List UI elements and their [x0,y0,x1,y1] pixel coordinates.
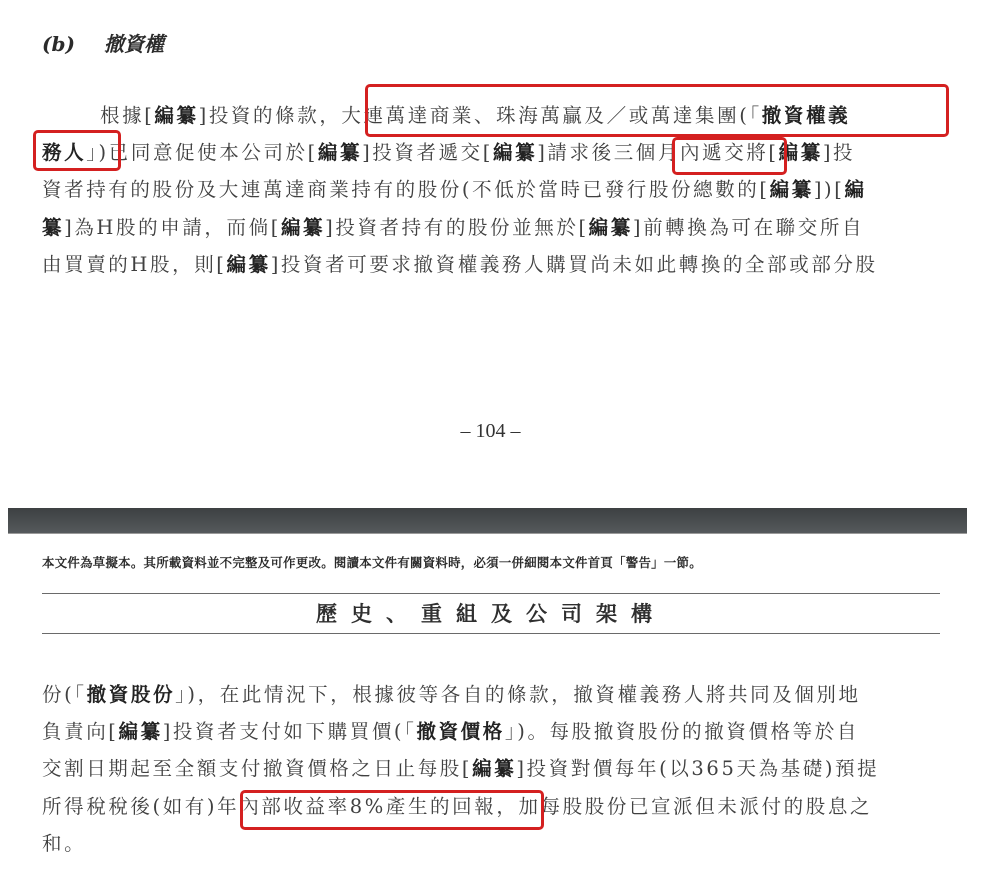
section-heading: (b)撤資權 [42,28,164,57]
paragraph-line: 負責向[編纂]投資者支付如下購買價(「撤資價格」)。每股撤資股份的撤資價格等於自 [42,713,942,750]
text-run: 和。 [42,832,86,855]
bold-term: 編纂 [154,104,198,127]
text-run: ]投資的條款，大連萬達商業、珠海萬贏及／或萬達集團(「 [199,104,762,127]
text-run: ]投資者遞交[ [362,141,493,164]
text-run: 交割日期起至全額支付撤資價格之日止每股[ [42,757,472,780]
bold-term: 編纂 [281,216,325,239]
bold-term: 纂 [42,216,64,239]
bold-term: 編 [844,178,866,201]
bold-term: 編纂 [472,757,516,780]
text-run: ]前轉換為可在聯交所自 [633,216,864,239]
text-run: ])[ [814,178,845,201]
text-run: 資者持有的股份及大連萬達商業持有的股份(不低於當時已發行股份總數的[ [42,178,770,201]
bold-term: 編纂 [779,141,823,164]
paragraph-line: 務人」)已同意促使本公司於[編纂]投資者遞交[編纂]請求後三個月內遞交將[編纂]… [42,134,942,171]
bold-term: 編纂 [770,178,814,201]
bold-term: 撤資價格 [416,720,504,743]
bold-term: 編纂 [493,141,537,164]
title-top-rule [42,593,940,594]
text-run: ]投資對價每年(以365天為基礎)預提 [516,757,879,780]
draft-disclaimer: 本文件為草擬本。其所載資料並不完整及可作更改。閱讀本文件有關資料時，必須一併細閱… [42,553,702,571]
page-number: – 104 – [0,420,981,443]
text-run: 」)已同意促使本公司於[ [86,141,318,164]
page-break-bar [8,508,967,534]
bold-term: 編纂 [119,720,163,743]
text-run: 份(「 [42,683,87,706]
bold-term: 撤資權義 [762,104,850,127]
text-run: 根據[ [100,104,154,127]
chapter-title: 歷史、重組及公司架構 [42,598,940,628]
paragraph-line: 和。 [42,825,942,862]
paragraph-line: 資者持有的股份及大連萬達商業持有的股份(不低於當時已發行股份總數的[編纂])[編 [42,171,942,208]
text-run: ]請求後三個月內遞交將[ [537,141,778,164]
paragraph-line: 份(「撤資股份」)，在此情況下，根據彼等各自的條款，撤資權義務人將共同及個別地 [42,676,942,713]
text-run: 所得稅稅後(如有)年內部收益率8%產生的回報，加每股股份已宣派但未派付的股息之 [42,795,872,818]
paragraph-divestment-right: 根據[編纂]投資的條款，大連萬達商業、珠海萬贏及／或萬達集團(「撤資權義 務人」… [42,97,942,283]
text-run: ]投資者持有的股份並無於[ [325,216,589,239]
bold-term: 務人 [42,141,86,164]
paragraph-line: 由買賣的H股，則[編纂]投資者可要求撤資權義務人購買尚未如此轉換的全部或部分股 [42,246,942,283]
bold-term: 撤資股份 [87,683,175,706]
text-run: 」)，在此情況下，根據彼等各自的條款，撤資權義務人將共同及個別地 [175,683,861,706]
bold-term: 編纂 [589,216,633,239]
text-run: ]為H股的申請，而倘[ [64,216,281,239]
paragraph-line: 根據[編纂]投資的條款，大連萬達商業、珠海萬贏及／或萬達集團(「撤資權義 [42,97,942,134]
paragraph-line: 交割日期起至全額支付撤資價格之日止每股[編纂]投資對價每年(以365天為基礎)預… [42,750,942,787]
paragraph-line: 纂]為H股的申請，而倘[編纂]投資者持有的股份並無於[編纂]前轉換為可在聯交所自 [42,209,942,246]
bold-term: 編纂 [318,141,362,164]
bold-term: 編纂 [227,253,271,276]
text-run: 負責向[ [42,720,119,743]
text-run: 由買賣的H股，則[ [42,253,227,276]
section-title: 撤資權 [104,32,164,56]
section-number: (b) [42,32,104,56]
title-bottom-rule [42,633,940,634]
paragraph-line: 所得稅稅後(如有)年內部收益率8%產生的回報，加每股股份已宣派但未派付的股息之 [42,788,942,825]
text-run: 」)。每股撤資股份的撤資價格等於自 [505,720,859,743]
text-run: ]投資者可要求撤資權義務人購買尚未如此轉換的全部或部分股 [271,253,878,276]
text-run: ]投 [823,141,855,164]
paragraph-divestment-price: 份(「撤資股份」)，在此情況下，根據彼等各自的條款，撤資權義務人將共同及個別地 … [42,676,942,862]
text-run: ]投資者支付如下購買價(「 [163,720,417,743]
